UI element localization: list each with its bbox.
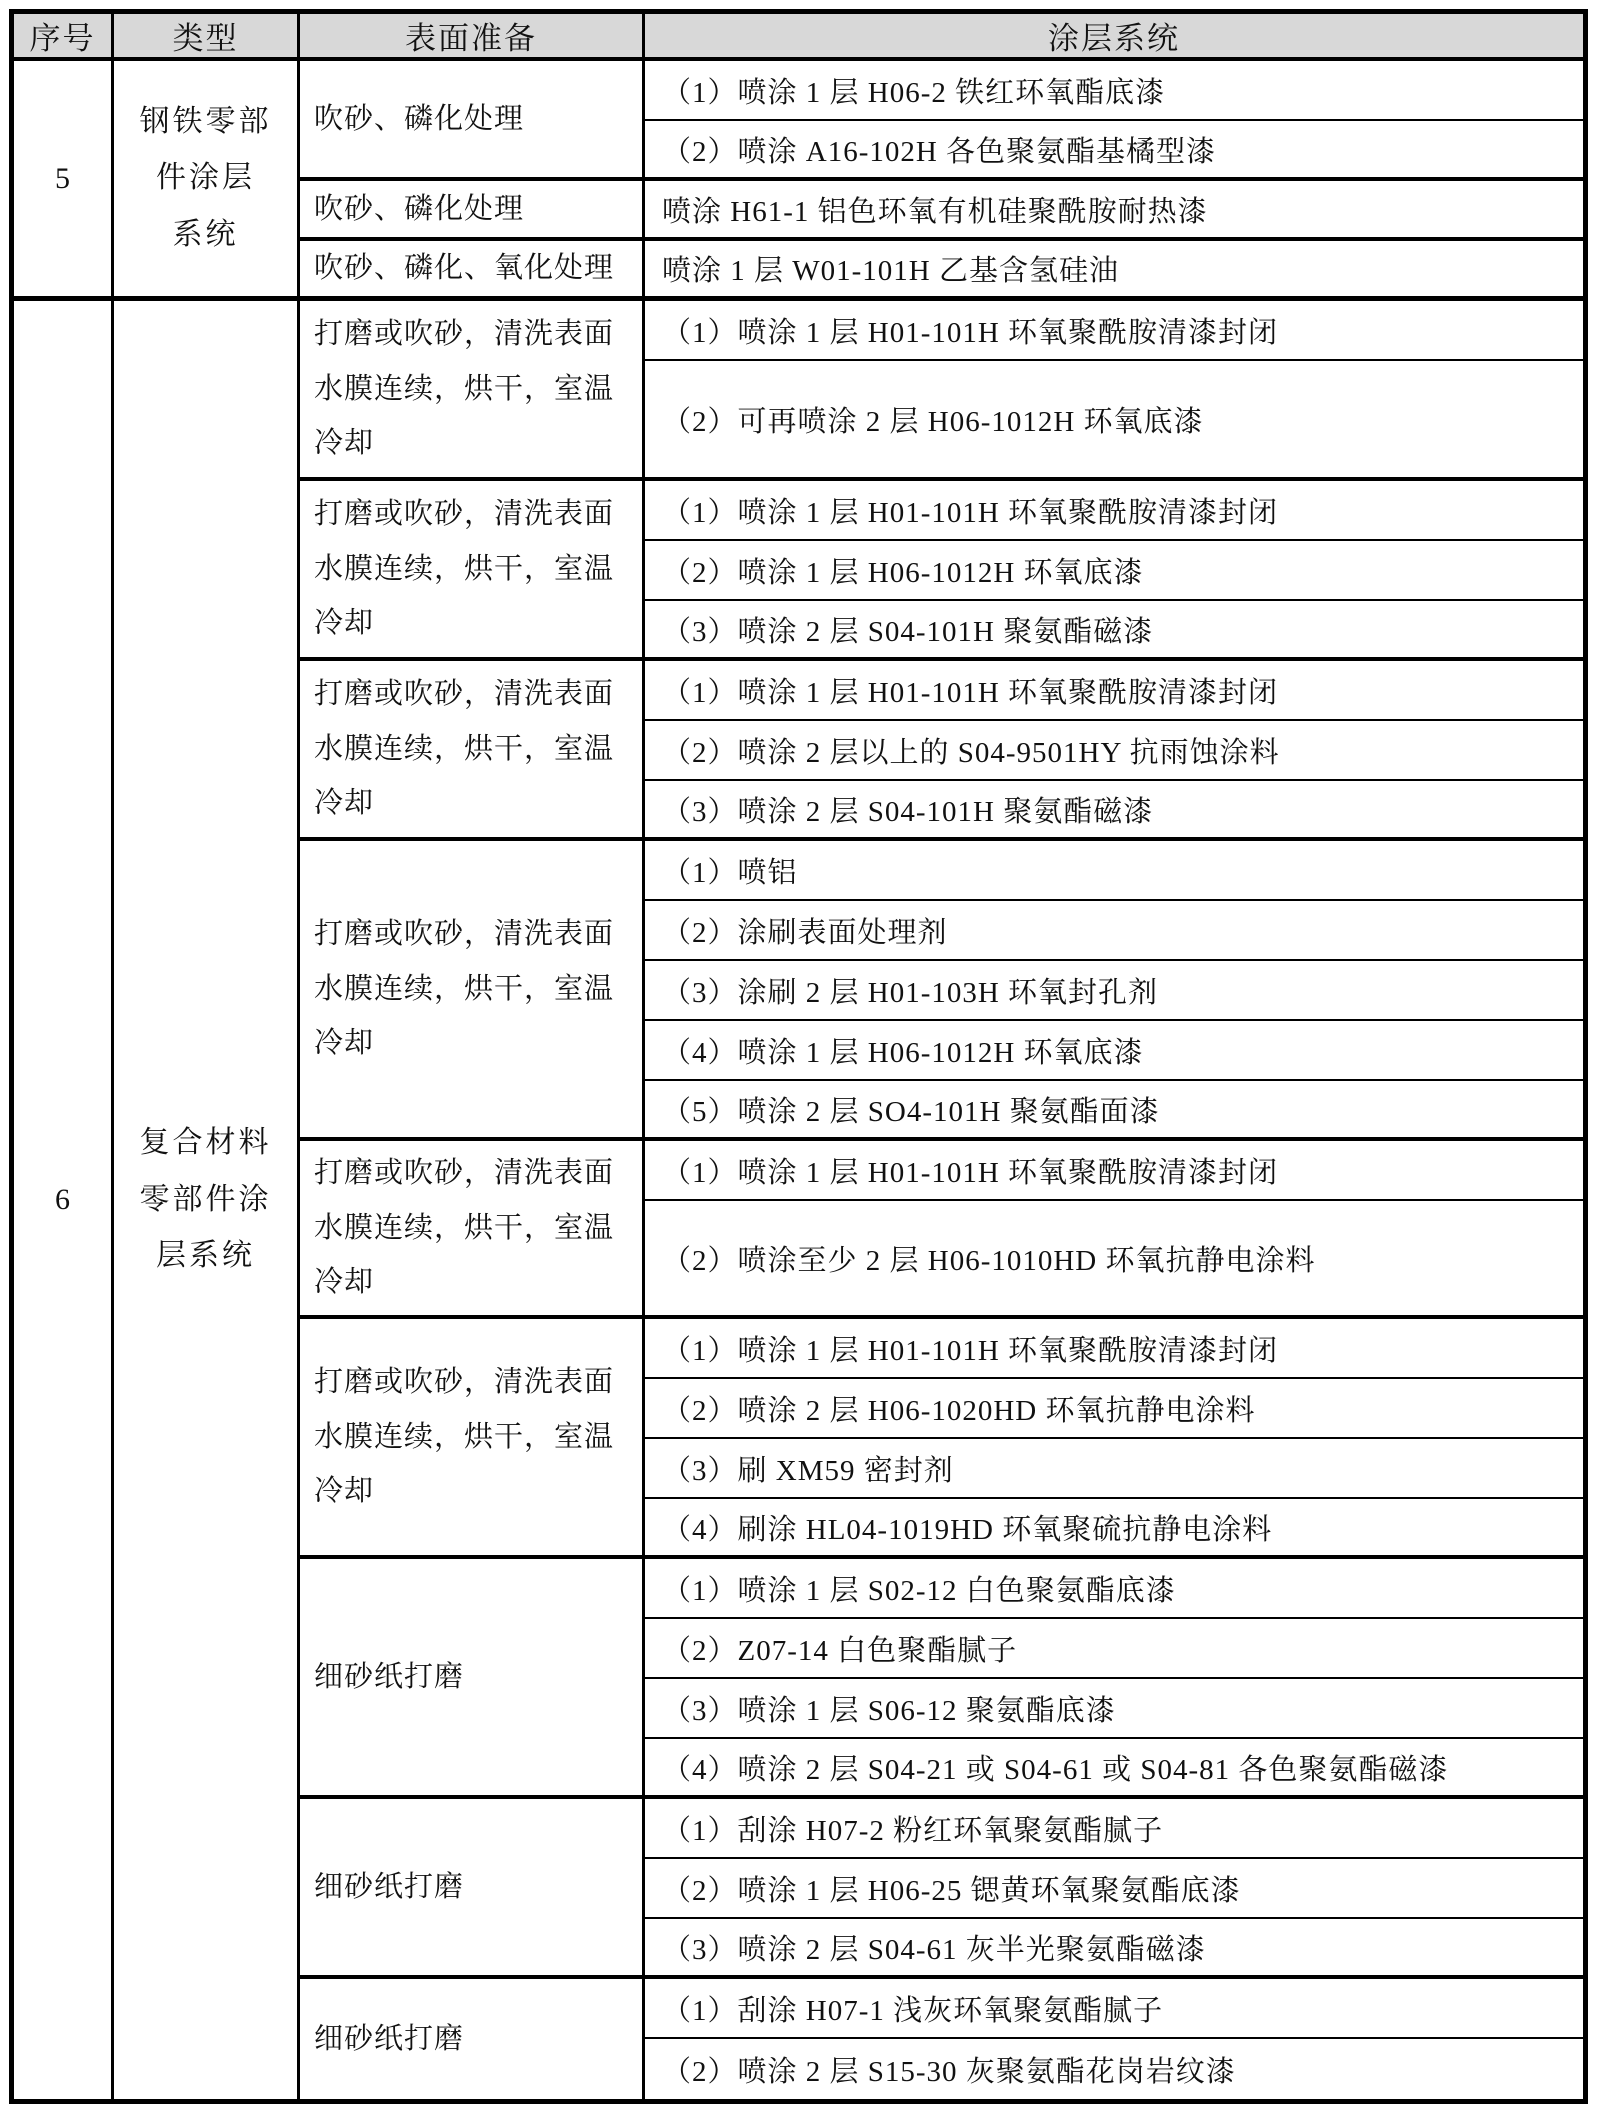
coating-cell: （3）喷涂 2 层 S04-61 灰半光聚氨酯磁漆 (645, 1919, 1583, 1979)
prep-cell: 打磨或吹砂，清洗表面 水膜连续，烘干，室温 冷却 (300, 661, 645, 841)
type-cell: 复合材料 零部件涂 层系统 (114, 301, 300, 2099)
header-cell-type: 类型 (114, 14, 300, 61)
coating-cell: （2）喷涂 1 层 H06-1012H 环氧底漆 (645, 541, 1583, 601)
coating-cell: （2）喷涂 1 层 H06-25 锶黄环氧聚氨酯底漆 (645, 1859, 1583, 1919)
document-page: 序号 类型 表面准备 涂层系统 5 钢铁零部 件涂层 系统 吹砂、磷化处理 （1… (9, 9, 1588, 2104)
coating-cell: （3）喷涂 2 层 S04-101H 聚氨酯磁漆 (645, 601, 1583, 661)
coating-cell: （2）喷涂 2 层 S15-30 灰聚氨酯花岗岩纹漆 (645, 2039, 1583, 2099)
coating-cell: 喷涂 H61-1 铝色环氧有机硅聚酰胺耐热漆 (645, 181, 1583, 241)
coating-cell: （1）刮涂 H07-1 浅灰环氧聚氨酯腻子 (645, 1979, 1583, 2039)
type-cell: 钢铁零部 件涂层 系统 (114, 61, 300, 301)
coating-cell: （2）Z07-14 白色聚酯腻子 (645, 1619, 1583, 1679)
header-cell-prep: 表面准备 (300, 14, 645, 61)
coating-cell: （1）喷涂 1 层 H06-2 铁红环氧酯底漆 (645, 61, 1583, 121)
coating-cell: （1）喷涂 1 层 H01-101H 环氧聚酰胺清漆封闭 (645, 1141, 1583, 1201)
coating-cell: （2）喷涂至少 2 层 H06-1010HD 环氧抗静电涂料 (645, 1201, 1583, 1319)
prep-cell: 细砂纸打磨 (300, 1979, 645, 2099)
coating-cell: 喷涂 1 层 W01-101H 乙基含氢硅油 (645, 241, 1583, 301)
prep-cell: 吹砂、磷化处理 (300, 181, 645, 241)
coating-cell: （2）喷涂 2 层 H06-1020HD 环氧抗静电涂料 (645, 1379, 1583, 1439)
coating-system-table: 序号 类型 表面准备 涂层系统 5 钢铁零部 件涂层 系统 吹砂、磷化处理 （1… (9, 9, 1588, 2104)
coating-cell: （2）可再喷涂 2 层 H06-1012H 环氧底漆 (645, 361, 1583, 481)
coating-cell: （5）喷涂 2 层 SO4-101H 聚氨酯面漆 (645, 1081, 1583, 1141)
index-cell: 5 (14, 61, 114, 301)
coating-cell: （3）喷涂 2 层 S04-101H 聚氨酯磁漆 (645, 781, 1583, 841)
prep-cell: 打磨或吹砂，清洗表面 水膜连续，烘干，室温 冷却 (300, 1319, 645, 1559)
coating-cell: （1）刮涂 H07-2 粉红环氧聚氨酯腻子 (645, 1799, 1583, 1859)
header-cell-coating: 涂层系统 (645, 14, 1583, 61)
coating-cell: （1）喷铝 (645, 841, 1583, 901)
coating-cell: （3）喷涂 1 层 S06-12 聚氨酯底漆 (645, 1679, 1583, 1739)
prep-cell: 打磨或吹砂，清洗表面 水膜连续，烘干，室温 冷却 (300, 841, 645, 1141)
coating-cell: （1）喷涂 1 层 S02-12 白色聚氨酯底漆 (645, 1559, 1583, 1619)
coating-cell: （4）刷涂 HL04-1019HD 环氧聚硫抗静电涂料 (645, 1499, 1583, 1559)
coating-cell: （2）喷涂 A16-102H 各色聚氨酯基橘型漆 (645, 121, 1583, 181)
coating-cell: （4）喷涂 1 层 H06-1012H 环氧底漆 (645, 1021, 1583, 1081)
prep-cell: 细砂纸打磨 (300, 1559, 645, 1799)
prep-cell: 打磨或吹砂，清洗表面 水膜连续，烘干，室温 冷却 (300, 301, 645, 481)
header-cell-index: 序号 (14, 14, 114, 61)
coating-cell: （4）喷涂 2 层 S04-21 或 S04-61 或 S04-81 各色聚氨酯… (645, 1739, 1583, 1799)
prep-cell: 吹砂、磷化、氧化处理 (300, 241, 645, 301)
coating-cell: （3）涂刷 2 层 H01-103H 环氧封孔剂 (645, 961, 1583, 1021)
prep-cell: 打磨或吹砂，清洗表面 水膜连续，烘干，室温 冷却 (300, 481, 645, 661)
index-cell: 6 (14, 301, 114, 2099)
coating-cell: （1）喷涂 1 层 H01-101H 环氧聚酰胺清漆封闭 (645, 301, 1583, 361)
prep-cell: 打磨或吹砂，清洗表面 水膜连续，烘干，室温 冷却 (300, 1141, 645, 1319)
coating-cell: （2）喷涂 2 层以上的 S04-9501HY 抗雨蚀涂料 (645, 721, 1583, 781)
coating-cell: （3）刷 XM59 密封剂 (645, 1439, 1583, 1499)
coating-cell: （1）喷涂 1 层 H01-101H 环氧聚酰胺清漆封闭 (645, 661, 1583, 721)
coating-cell: （2）涂刷表面处理剂 (645, 901, 1583, 961)
prep-cell: 吹砂、磷化处理 (300, 61, 645, 181)
coating-cell: （1）喷涂 1 层 H01-101H 环氧聚酰胺清漆封闭 (645, 1319, 1583, 1379)
prep-cell: 细砂纸打磨 (300, 1799, 645, 1979)
coating-cell: （1）喷涂 1 层 H01-101H 环氧聚酰胺清漆封闭 (645, 481, 1583, 541)
